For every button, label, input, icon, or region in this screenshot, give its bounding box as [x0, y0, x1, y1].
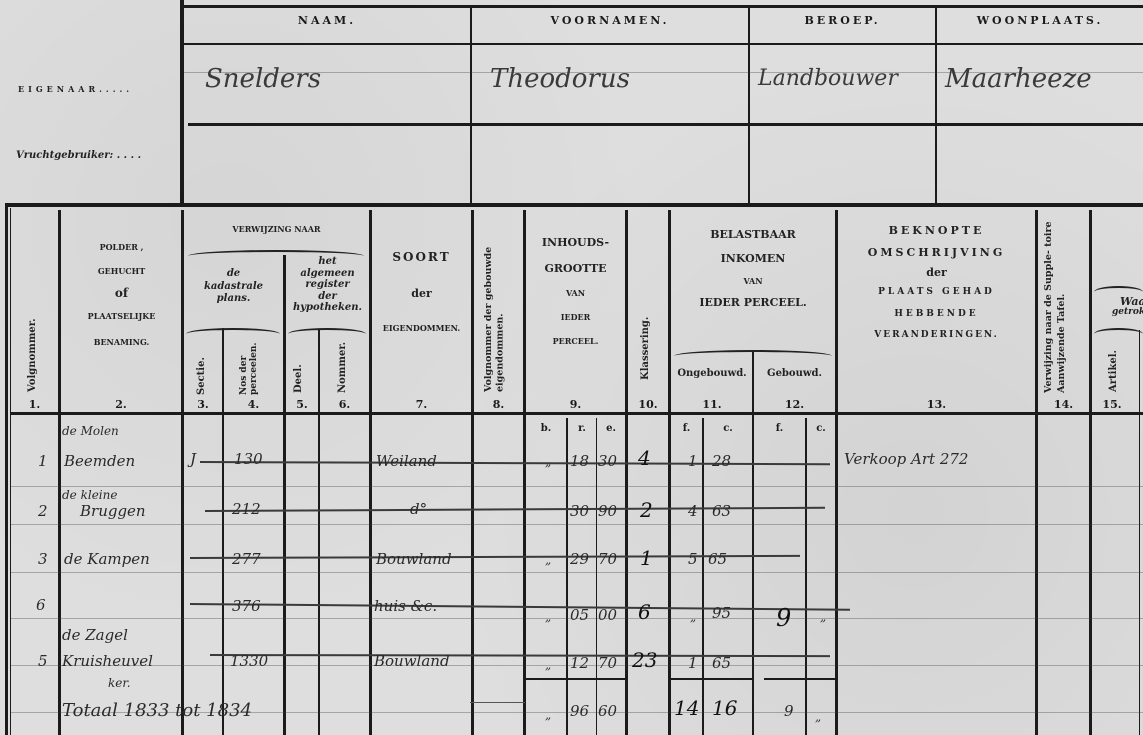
cadastral-register-page: EIGENAAR..... Vruchtgebruiker: . . . . N…	[0, 0, 1143, 735]
row1-perceel: 130	[234, 450, 263, 468]
header-klassering: Klassering.	[640, 290, 651, 380]
column-number: 9.	[526, 398, 625, 411]
row1-el: 30	[598, 452, 617, 470]
header-nommer: Nommer.	[337, 333, 348, 393]
header-line: hypotheken.	[286, 302, 369, 314]
header-line: VERANDERINGEN.	[838, 330, 1035, 341]
row5-benaming-top: de Zagel	[62, 626, 128, 644]
row5-soort: Bouwland	[374, 652, 450, 670]
header-ongebouwd: Ongebouwd.	[671, 368, 753, 381]
guide-line	[11, 486, 1143, 487]
row1-omschrijving: Verkoop Art 272	[844, 450, 968, 468]
brace	[288, 328, 366, 334]
total-label-top: ker.	[108, 676, 131, 690]
row4-gebouwd-f: 9	[776, 604, 791, 632]
row1-ongebouwd-c: 28	[712, 452, 731, 470]
column-number: 13.	[838, 398, 1035, 411]
unit-florijn: f.	[754, 423, 805, 434]
naam-header: NAAM.	[184, 14, 470, 27]
header-line: of	[62, 286, 181, 301]
header-line: OMSCHRIJVING	[838, 246, 1035, 260]
column-number: 3.	[184, 398, 222, 411]
voornamen-header: VOORNAMEN.	[472, 14, 748, 27]
top-left-border	[180, 0, 184, 205]
header-line: GEHUCHT	[62, 266, 181, 276]
header-line: IEDER	[526, 312, 625, 322]
column-number: 10.	[628, 398, 668, 411]
header-belastbaar: BELASTBAAR INKOMEN VAN IEDER PERCEEL.	[671, 228, 835, 309]
row4-perceel: 376	[232, 597, 261, 615]
header-line: der	[838, 266, 1035, 280]
header-line: BEKNOPTE	[838, 224, 1035, 238]
col-divider	[566, 418, 568, 735]
strike-line	[190, 603, 850, 610]
row4-klasse: 6	[638, 600, 651, 624]
total-roede: 96	[570, 702, 589, 720]
total-gebouwd-c: „	[815, 710, 821, 724]
col-divider	[596, 418, 597, 735]
row5-roede: 12	[570, 654, 589, 672]
row1-klasse: 4	[638, 446, 651, 470]
header-inhoudsgrootte: INHOUDS- GROOTTE VAN IEDER PERCEEL.	[526, 236, 625, 346]
header-line: PLAATS GEHAD	[838, 287, 1035, 298]
brace	[674, 350, 832, 356]
row2-roede: 30	[570, 502, 589, 520]
row5-volgnommer: 5	[38, 652, 48, 670]
total-gebouwd-f: 9	[784, 702, 794, 720]
header-volgnommer: Volgnommer.	[27, 262, 38, 392]
header-line: PERCEEL.	[526, 336, 625, 346]
row3-perceel: 277	[232, 550, 261, 568]
divider	[748, 6, 750, 204]
column-number: 15.	[1092, 398, 1132, 411]
table-left-border-inner	[10, 208, 11, 735]
row3-roede: 29	[570, 550, 589, 568]
row2-benaming-top: de kleine	[62, 488, 117, 502]
row2-perceel: 212	[232, 500, 261, 518]
row3-bunder: „	[545, 553, 551, 567]
row2-ongebouwd-c: 63	[712, 502, 731, 520]
header-verwijzing: VERWIJZING NAAR	[184, 224, 369, 234]
total-rule	[470, 702, 525, 703]
row2-ongebouwd-f: 4	[688, 502, 698, 520]
row3-volgnommer: 3	[38, 550, 48, 568]
row5-el: 70	[598, 654, 617, 672]
unit-roede: r.	[568, 423, 596, 434]
header-waar-getrokken: Waa getrok	[1092, 296, 1143, 318]
header-line: POLDER ,	[62, 242, 181, 252]
header-polder: POLDER , GEHUCHT of PLAATSELIJKE BENAMIN…	[62, 242, 181, 347]
total-ongebouwd-f: 14	[674, 696, 699, 720]
header-rule	[184, 43, 1143, 45]
header-line: INKOMEN	[671, 252, 835, 266]
row3-el: 70	[598, 550, 617, 568]
total-el: 60	[598, 702, 617, 720]
col-divider	[1089, 210, 1092, 735]
header-gebouwd: Gebouwd.	[754, 368, 835, 381]
header-beknopte-omschrijving: BEKNOPTE OMSCHRIJVING der PLAATS GEHAD H…	[838, 224, 1035, 341]
row3-benaming: de Kampen	[64, 550, 150, 568]
header-line: register	[286, 279, 369, 291]
row2-soort: d°	[410, 500, 427, 518]
header-hypotheken: het algemeen register der hypotheken.	[286, 256, 369, 314]
row4-soort: huis &c.	[374, 597, 437, 615]
header-line: de	[184, 268, 283, 281]
row3-ongebouwd-c: 65	[708, 550, 727, 568]
col-divider	[222, 328, 224, 735]
col-divider	[471, 210, 474, 735]
header-line: INHOUDS-	[526, 236, 625, 250]
column-number: 11.	[671, 398, 753, 411]
row2-benaming: Bruggen	[80, 502, 146, 520]
header-bottom-rule	[11, 412, 1143, 415]
vruchtgebruiker-label: Vruchtgebruiker: . . . .	[16, 150, 141, 161]
header-soort: SOORT der EIGENDOMMEN.	[372, 250, 471, 333]
total-rule	[526, 678, 625, 680]
row1-soort: Weiland	[376, 452, 437, 470]
header-line: getrok	[1112, 308, 1143, 318]
header-line: PLAATSELIJKE	[62, 311, 181, 321]
divider	[470, 6, 472, 204]
col-divider	[58, 210, 61, 735]
total-rule	[764, 678, 835, 680]
total-rule	[671, 678, 753, 680]
unit-florijn: f.	[671, 423, 702, 434]
total-ongebouwd-c: 16	[712, 696, 737, 720]
header-line: BENAMING.	[62, 337, 181, 347]
guide-line	[11, 524, 1143, 525]
row3-klasse: 1	[640, 546, 653, 570]
header-line: IEDER PERCEEL.	[671, 296, 835, 310]
header-line: algemeen	[286, 268, 369, 280]
header-line: HEBBENDE	[838, 309, 1035, 320]
column-number: 4.	[224, 398, 283, 411]
strike-line	[200, 461, 830, 465]
brace	[1094, 328, 1143, 334]
row5-bunder: „	[545, 658, 551, 672]
unit-bunder: b.	[526, 423, 566, 434]
strike-line	[205, 507, 825, 512]
beroep-header: BEROEP.	[750, 14, 935, 27]
header-line: het	[286, 256, 369, 268]
row2-volgnommer: 2	[38, 502, 48, 520]
eigenaar-label: EIGENAAR.....	[18, 84, 133, 94]
col-divider	[1139, 330, 1140, 735]
eigenaar-naam: Snelders	[205, 64, 321, 94]
row-rule	[188, 123, 1143, 126]
header-perceelen: Nos der perceelen.	[240, 335, 266, 395]
row1-benaming-top: de Molen	[62, 424, 119, 438]
header-line: BELASTBAAR	[671, 228, 835, 242]
column-number: 2.	[61, 398, 181, 411]
column-number: 5.	[286, 398, 318, 411]
header-line: kadastrale	[184, 281, 283, 294]
column-number: 7.	[372, 398, 471, 411]
top-border	[184, 5, 1143, 8]
strike-line	[210, 654, 830, 657]
header-kadastrale: de kadastrale plans.	[184, 268, 283, 306]
row4-gebouwd-c: „	[820, 610, 826, 624]
row3-soort: Bouwland	[376, 550, 452, 568]
header-line: plans.	[184, 293, 283, 306]
col-divider	[318, 330, 320, 735]
row5-ongebouwd-f: 1	[688, 654, 698, 672]
row4-roede: 05	[570, 606, 589, 624]
unit-cent: c.	[807, 423, 835, 434]
unit-cent: c.	[704, 423, 752, 434]
header-line: der	[286, 291, 369, 303]
row3-ongebouwd-f: 5	[688, 550, 698, 568]
woonplaats-header: WOONPLAATS.	[937, 14, 1143, 27]
col-divider	[702, 418, 704, 735]
row5-ongebouwd-c: 65	[712, 654, 731, 672]
header-line: GROOTTE	[526, 262, 625, 276]
total-bunder: „	[545, 708, 551, 722]
col-divider	[1035, 210, 1038, 735]
guide-line	[11, 572, 1143, 573]
brace	[1094, 286, 1143, 292]
unit-el: e.	[597, 423, 625, 434]
header-volgnommer-gebouwde: Volgnommer der gebouwde eigendommen.	[483, 222, 511, 392]
header-line: SOORT	[372, 250, 471, 265]
header-line: VAN	[526, 288, 625, 298]
row4-el: 00	[598, 606, 617, 624]
row2-klasse: 2	[640, 498, 653, 522]
brace	[186, 328, 280, 334]
column-number: 6.	[320, 398, 369, 411]
eigenaar-woonplaats: Maarheeze	[945, 64, 1092, 94]
column-number: 12.	[754, 398, 835, 411]
header-line: VAN	[671, 276, 835, 286]
row4-ongebouwd-f: „	[690, 610, 696, 624]
eigenaar-beroep: Landbouwer	[758, 66, 898, 91]
row4-ongebouwd-c: 95	[712, 604, 731, 622]
row4-bunder: „	[545, 610, 551, 624]
row4-volgnommer: 6	[36, 596, 46, 614]
row5-benaming: Kruisheuvel	[62, 652, 153, 670]
row5-klasse: 23	[632, 648, 657, 672]
table-left-border	[5, 203, 8, 735]
col-divider	[283, 255, 286, 735]
row1-volgnommer: 1	[38, 452, 48, 470]
col-divider	[625, 210, 628, 735]
eigenaar-voornamen: Theodorus	[490, 64, 630, 94]
col-divider	[805, 418, 807, 735]
column-number: 8.	[474, 398, 523, 411]
row5-perceel: 1330	[230, 652, 268, 670]
column-number: 14.	[1038, 398, 1089, 411]
header-sectie: Sectie.	[196, 340, 207, 395]
column-number: 1.	[11, 398, 58, 411]
row2-el: 90	[598, 502, 617, 520]
total-label: Totaal 1833 tot 1834	[62, 700, 252, 721]
row1-benaming: Beemden	[64, 452, 135, 470]
header-verwijzing-suppletoire: Verwijzing naar de Supple- toire Aanwijz…	[1043, 218, 1081, 393]
row1-sectie: J	[190, 450, 196, 468]
table-top-border	[5, 203, 1143, 207]
row1-bunder: „	[545, 455, 551, 469]
row1-ongebouwd-f: 1	[688, 452, 698, 470]
header-deel: Deel.	[293, 348, 304, 393]
header-line: EIGENDOMMEN.	[372, 323, 471, 333]
row1-roede: 18	[570, 452, 589, 470]
header-line: der	[372, 287, 471, 301]
header-artikel: Artikel.	[1108, 340, 1119, 392]
divider	[935, 6, 937, 204]
